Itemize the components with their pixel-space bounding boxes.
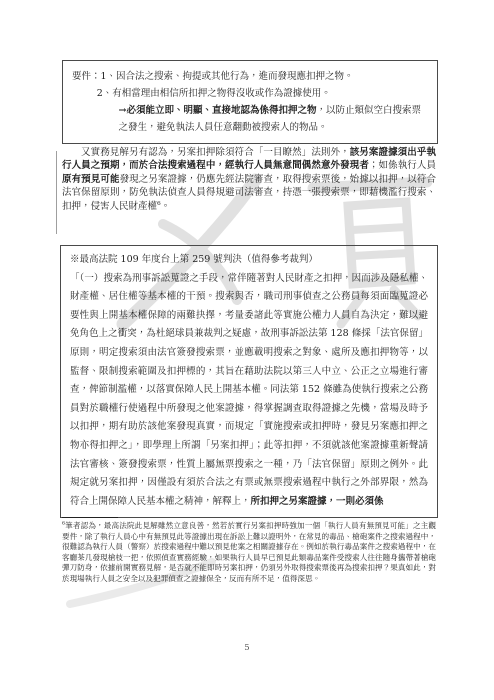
document-page: 要件：1、因合法之搜索、拘提或其他行為，進而發現應扣押之物。 2、有相當理由相信…: [0, 0, 494, 700]
requirements-box: 要件：1、因合法之搜索、拘提或其他行為，進而發現應扣押之物。 2、有相當理由相信…: [62, 60, 438, 144]
footnote-separator-rule: [62, 517, 118, 518]
judgment-title: ※最高法院 109 年度台上第 259 號判決（值得參考裁判）: [70, 251, 428, 270]
footnote: 6筆者認為，最高法院此見解雖然立意良善，然若於實行另案扣押時強加一個「執行人員有…: [62, 521, 436, 585]
page-number: 5: [0, 643, 494, 653]
footnote-text: 筆者認為，最高法院此見解雖然立意良善，然若於實行另案扣押時強加一個「執行人員有無…: [62, 521, 436, 583]
judgment-body: 「（一）搜索為刑事訴訟蒐證之手段，常伴隨著對人民財產之扣押，因而涉及隱私權、財產…: [70, 270, 428, 512]
requirement-item-2: 2、有相當理由相信所扣押之物得沒收或作為證據使用。: [97, 85, 428, 102]
judgment-excerpt-box: ※最高法院 109 年度台上第 259 號判決（值得參考裁判） 「（一）搜索為刑…: [60, 245, 438, 518]
margin-change-bar: [56, 151, 57, 234]
requirement-arrow-note: →必須能立即、明顯、直接地認為係得扣押之物，以防止類似空白搜索票之發生，避免執法…: [113, 102, 428, 136]
requirement-item-1: 要件：1、因合法之搜索、拘提或其他行為，進而發現應扣押之物。: [72, 68, 428, 85]
body-paragraph: 又實務見解另有認為，另案扣押除須符合「一目瞭然」法則外，該另案證據須出乎執行人員…: [62, 146, 436, 213]
